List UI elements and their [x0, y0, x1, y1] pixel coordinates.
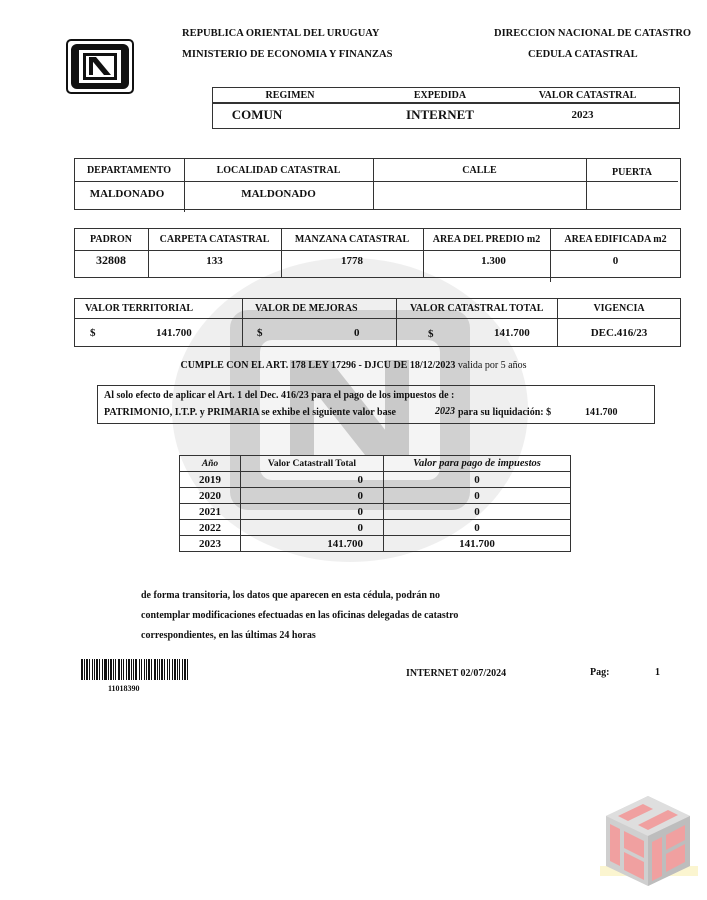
vigencia-label: VIGENCIA — [557, 303, 681, 314]
expedida-label: EXPEDIDA — [400, 90, 480, 101]
table-row: 2020 0 0 — [180, 488, 571, 504]
history-tax: 0 — [384, 504, 571, 520]
history-total: 141.700 — [241, 536, 384, 552]
barcode-icon — [81, 659, 239, 680]
history-header-total: Valor Catastrall Total — [241, 456, 384, 472]
cube-logo-icon — [598, 788, 698, 888]
disclaimer-line1: de forma transitoria, los datos que apar… — [141, 590, 440, 601]
history-header-row: Año Valor Catastrall Total Valor para pa… — [180, 456, 571, 472]
total-value: 141.700 — [494, 327, 530, 339]
regimen-value: COMUN — [222, 107, 292, 123]
mejoras-currency: $ — [257, 327, 263, 339]
padron-label: PADRON — [74, 234, 148, 245]
valor-catastral-label: VALOR CATASTRAL — [525, 90, 650, 101]
regimen-label: REGIMEN — [250, 90, 330, 101]
compliance-statement: CUMPLE CON EL ART. 178 LEY 17296 - DJCU … — [0, 360, 707, 371]
disclaimer-line2: contemplar modificaciones efectuadas en … — [141, 610, 458, 621]
history-header-tax: Valor para pago de impuestos — [384, 456, 571, 472]
history-year: 2019 — [180, 472, 241, 488]
header-document-title: CEDULA CATASTRAL — [528, 49, 638, 60]
mejoras-value: 0 — [354, 327, 360, 339]
territorial-value: 141.700 — [156, 327, 192, 339]
table-row: 2021 0 0 — [180, 504, 571, 520]
history-year: 2022 — [180, 520, 241, 536]
area-edificada-value: 0 — [550, 255, 681, 267]
compliance-validity: valida por 5 años — [455, 360, 526, 371]
manzana-label: MANZANA CATASTRAL — [281, 234, 423, 245]
total-label: VALOR CATASTRAL TOTAL — [410, 303, 543, 314]
history-total: 0 — [241, 488, 384, 504]
notice-line1: Al solo efecto de aplicar el Art. 1 del … — [104, 390, 454, 401]
territorial-currency: $ — [90, 327, 96, 339]
issued-date: INTERNET 02/07/2024 — [406, 668, 506, 679]
disclaimer-line3: correspondientes, en las últimas 24 hora… — [141, 630, 316, 641]
header-ministry: MINISTERIO DE ECONOMIA Y FINANZAS — [182, 49, 392, 60]
history-year: 2021 — [180, 504, 241, 520]
history-total: 0 — [241, 504, 384, 520]
catastro-logo-icon — [66, 39, 136, 94]
notice-year: 2023 — [435, 406, 455, 417]
total-currency: $ — [428, 328, 434, 340]
departamento-label: DEPARTAMENTO — [74, 165, 184, 176]
history-tax: 141.700 — [384, 536, 571, 552]
localidad-value: MALDONADO — [184, 188, 373, 200]
table-row: 2022 0 0 — [180, 520, 571, 536]
history-table: Año Valor Catastrall Total Valor para pa… — [179, 455, 571, 552]
history-tax: 0 — [384, 488, 571, 504]
carpeta-value: 133 — [148, 255, 281, 267]
history-year: 2023 — [180, 536, 241, 552]
carpeta-label: CARPETA CATASTRAL — [148, 234, 281, 245]
expedida-value: INTERNET — [395, 107, 485, 123]
vigencia-value: DEC.416/23 — [557, 327, 681, 339]
page-label: Pag: — [590, 667, 609, 678]
notice-liquidation-label: para su liquidación: $ — [458, 407, 551, 418]
area-edificada-label: AREA EDIFICADA m2 — [550, 234, 681, 245]
history-total: 0 — [241, 520, 384, 536]
page-number: 1 — [655, 667, 660, 678]
area-predio-value: 1.300 — [430, 255, 557, 267]
notice-line2: PATRIMONIO, I.T.P. y PRIMARIA se exhibe … — [104, 407, 396, 418]
notice-amount: 141.700 — [585, 407, 618, 418]
header-republic: REPUBLICA ORIENTAL DEL URUGUAY — [182, 28, 380, 39]
territorial-label: VALOR TERRITORIAL — [85, 303, 193, 314]
history-tax: 0 — [384, 520, 571, 536]
valor-catastral-year: 2023 — [550, 109, 615, 121]
calle-label: CALLE — [373, 165, 586, 176]
header-direction: DIRECCION NACIONAL DE CATASTRO — [494, 28, 691, 39]
compliance-bold: CUMPLE CON EL ART. 178 LEY 17296 - DJCU … — [180, 360, 455, 371]
mejoras-label: VALOR DE MEJORAS — [255, 303, 358, 314]
history-year: 2020 — [180, 488, 241, 504]
manzana-value: 1778 — [281, 255, 423, 267]
table-row: 2019 0 0 — [180, 472, 571, 488]
table-row: 2023 141.700 141.700 — [180, 536, 571, 552]
barcode-number: 11018390 — [108, 684, 140, 693]
localidad-label: LOCALIDAD CATASTRAL — [184, 165, 373, 176]
history-tax: 0 — [384, 472, 571, 488]
history-total: 0 — [241, 472, 384, 488]
puerta-label: PUERTA — [586, 167, 678, 178]
area-predio-label: AREA DEL PREDIO m2 — [423, 234, 550, 245]
history-header-year: Año — [180, 456, 241, 472]
departamento-value: MALDONADO — [74, 188, 180, 200]
padron-value: 32808 — [74, 253, 148, 268]
